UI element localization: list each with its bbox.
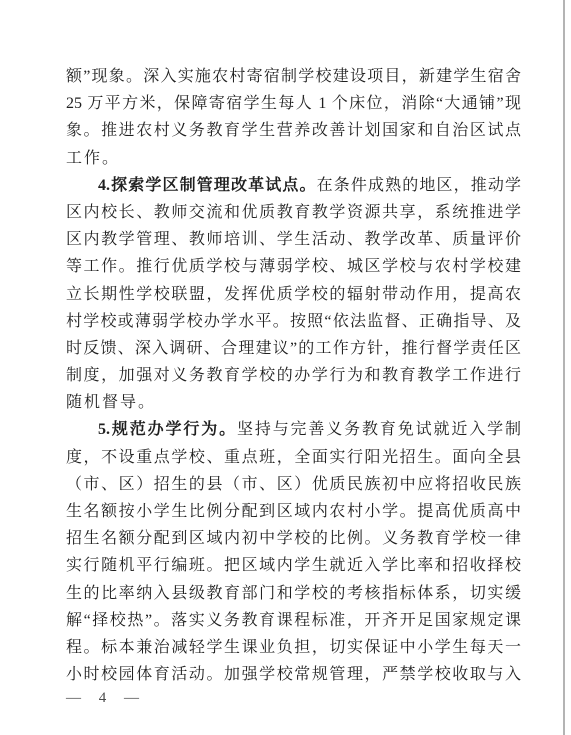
paragraph: 5.规范办学行为。坚持与完善义务教育免试就近入学制 度，不设重点学校、重点班，全…: [66, 416, 521, 688]
text-line: 程。标本兼治减轻学生课业负担，切实保证中小学生每天一: [66, 634, 521, 661]
text-line: （市、区）招生的县（市、区）优质民族初中应将招收民族: [66, 471, 521, 498]
text-line: 象。推进农村义务教育学生营养改善计划国家和自治区试点: [66, 117, 521, 144]
text-line: 额”现象。深入实施农村寄宿制学校建设项目，新建学生宿舍: [66, 63, 521, 90]
text-line: 制度，加强对义务教育学校的办学行为和教育教学工作进行: [66, 362, 521, 389]
text-line: 小时校园体育活动。加强学校常规管理，严禁学校收取与入: [66, 661, 521, 688]
text-line: 解“择校热”。落实义务教育课程标准，开齐开足国家规定课: [66, 607, 521, 634]
text-run: 在条件成熟的地区，推动学: [317, 177, 521, 194]
paragraph: 额”现象。深入实施农村寄宿制学校建设项目，新建学生宿舍 25 万平方米，保障寄宿…: [66, 63, 521, 172]
text-line: 时反馈、深入调研、合理建议”的工作方针，推行督学责任区: [66, 335, 521, 362]
text-line: 生名额按小学生比例分配到区域内农村小学。提高优质高中: [66, 498, 521, 525]
text-run: 坚持与完善义务教育免试就近入学制: [237, 421, 521, 438]
document-text-block: 额”现象。深入实施农村寄宿制学校建设项目，新建学生宿舍 25 万平方米，保障寄宿…: [66, 63, 521, 688]
text-line: 25 万平方米，保障寄宿学生每人 1 个床位，消除“大通铺”现: [66, 90, 521, 117]
section-heading: 5.规范办学行为。: [98, 421, 237, 438]
text-line: 立长期性学校联盟，发挥优质学校的辐射带动作用，提高农: [66, 281, 521, 308]
text-line: 等工作。推行优质学校与薄弱学校、城区学校与农村学校建: [66, 253, 521, 280]
section-heading: 4.探索学区制管理改革试点。: [98, 177, 317, 194]
text-line: 区内校长、教师交流和优质教育教学资源共享，系统推进学: [66, 199, 521, 226]
paragraph: 4.探索学区制管理改革试点。在条件成熟的地区，推动学 区内校长、教师交流和优质教…: [66, 172, 521, 417]
text-line: 村学校或薄弱学校办学水平。按照“依法监督、正确指导、及: [66, 308, 521, 335]
document-page: 额”现象。深入实施农村寄宿制学校建设项目，新建学生宿舍 25 万平方米，保障寄宿…: [0, 0, 571, 735]
text-line: 生的比率纳入县级教育部门和学校的考核指标体系，切实缓: [66, 580, 521, 607]
text-line: 实行随机平行编班。把区域内学生就近入学比率和招收择校: [66, 552, 521, 579]
text-line: 招生名额分配到区域内初中学校的比例。义务教育学校一律: [66, 525, 521, 552]
text-line: 4.探索学区制管理改革试点。在条件成熟的地区，推动学: [66, 172, 521, 199]
page-number-footer: — 4 —: [66, 688, 141, 708]
text-line: 工作。: [66, 145, 521, 172]
text-line: 随机督导。: [66, 389, 521, 416]
text-line: 区内教学管理、教师培训、学生活动、教学改革、质量评价: [66, 226, 521, 253]
text-line: 度，不设重点学校、重点班，全面实行阳光招生。面向全县: [66, 444, 521, 471]
text-line: 5.规范办学行为。坚持与完善义务教育免试就近入学制: [66, 416, 521, 443]
page-edge-line: [563, 0, 565, 735]
